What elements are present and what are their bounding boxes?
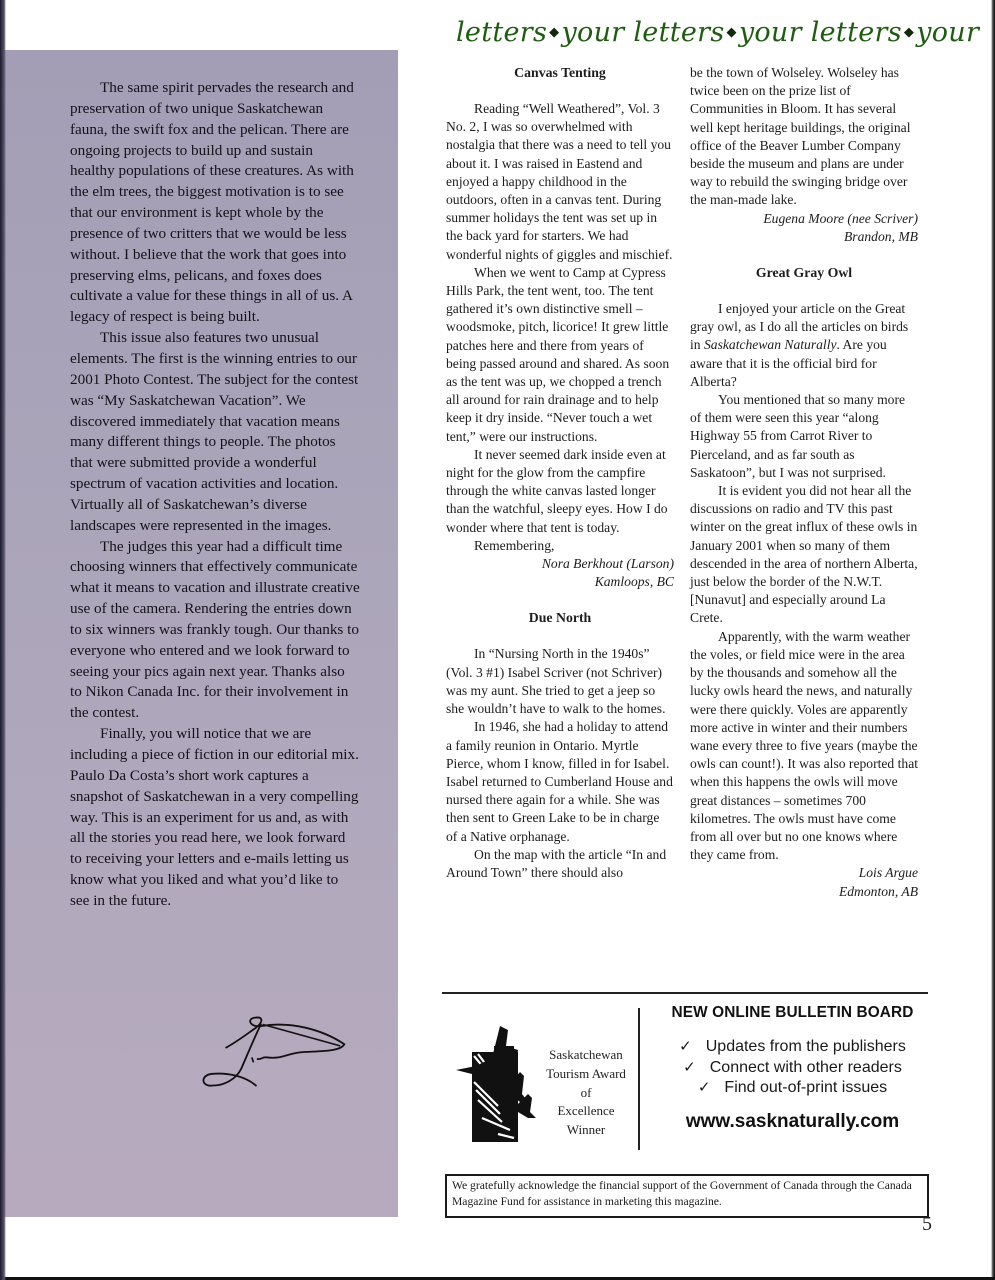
diamond-icon: ◆ <box>549 25 559 40</box>
award-line: of <box>536 1084 636 1103</box>
page-edge-shadow <box>991 0 995 1280</box>
banner-word: letters <box>456 17 547 48</box>
letter-title: Great Gray Owl <box>690 264 918 282</box>
saskatchewan-geese-logo-icon <box>454 1022 546 1147</box>
acknowledgement-box: We gratefully acknowledge the financial … <box>445 1174 929 1218</box>
letter-title: Due North <box>446 609 674 627</box>
bulletin-item: ✓Find out-of-print issues <box>650 1078 935 1099</box>
tourism-award: Saskatchewan Tourism Award of Excellence… <box>454 1022 639 1150</box>
letter-paragraph: I enjoyed your article on the Great gray… <box>690 300 918 391</box>
letter-author: Lois Argue <box>690 864 918 882</box>
bulletin-item-label: Updates from the publishers <box>706 1038 906 1055</box>
letter-author: Eugena Moore (nee Scriver) <box>690 210 918 228</box>
award-line: Winner <box>536 1121 636 1140</box>
letter-location: Edmonton, AB <box>690 883 918 901</box>
letter-great-gray-owl: Great Gray Owl I enjoyed your article on… <box>690 264 918 901</box>
letters-banner: letters◆your letters◆your letters◆your <box>456 17 976 48</box>
magazine-title: Saskatchewan Naturally <box>704 337 837 352</box>
letter-paragraph: You mentioned that so many more of them … <box>690 391 918 482</box>
diamond-icon: ◆ <box>904 25 914 40</box>
check-icon: ✓ <box>683 1058 696 1079</box>
editorial-paragraph: The same spirit pervades the research an… <box>70 78 360 328</box>
editorial-paragraph: The judges this year had a difficult tim… <box>70 537 360 725</box>
editorial-paragraph: Finally, you will notice that we are inc… <box>70 724 360 912</box>
letter-paragraph: Apparently, with the warm weather the vo… <box>690 628 918 865</box>
banner-word: your letters <box>561 17 724 48</box>
bulletin-feature-list: ✓Updates from the publishers ✓Connect wi… <box>650 1037 935 1099</box>
editorial-paragraph: This issue also features two unusual ele… <box>70 328 360 536</box>
signature-icon <box>175 995 365 1105</box>
letter-paragraph-continued: be the town of Wolseley. Wolseley has tw… <box>690 64 918 210</box>
letter-author: Nora Berkhout (Larson) <box>446 555 674 573</box>
banner-word: your letters <box>739 17 902 48</box>
letter-paragraph: In “Nursing North in the 1940s” (Vol. 3 … <box>446 645 674 718</box>
check-icon: ✓ <box>698 1078 711 1099</box>
page-binding-shadow <box>0 0 6 1280</box>
award-line: Saskatchewan <box>536 1046 636 1065</box>
letter-paragraph: On the map with the article “In and Arou… <box>446 846 674 882</box>
bulletin-item-label: Connect with other readers <box>710 1059 902 1076</box>
letter-paragraph: In 1946, she had a holiday to attend a f… <box>446 718 674 845</box>
letters-column-right: be the town of Wolseley. Wolseley has tw… <box>690 64 918 901</box>
diamond-icon: ◆ <box>727 25 737 40</box>
letter-location: Brandon, MB <box>690 228 918 246</box>
award-line: Tourism Award <box>536 1065 636 1084</box>
page-number: 5 <box>922 1213 932 1236</box>
letter-paragraph: Reading “Well Weathered”, Vol. 3 No. 2, … <box>446 100 674 264</box>
letters-column-left: Canvas Tenting Reading “Well Weathered”,… <box>446 64 674 882</box>
bulletin-board-ad: NEW ONLINE BULLETIN BOARD ✓Updates from … <box>650 1004 935 1133</box>
editorial-text: The same spirit pervades the research an… <box>70 78 360 912</box>
letter-due-north: Due North In “Nursing North in the 1940s… <box>446 609 674 882</box>
letter-paragraph: It is evident you did not hear all the d… <box>690 482 918 628</box>
letter-paragraph: It never seemed dark inside even at nigh… <box>446 446 674 537</box>
award-line: Excellence <box>536 1102 636 1121</box>
bulletin-item: ✓Connect with other readers <box>650 1058 935 1079</box>
award-text: Saskatchewan Tourism Award of Excellence… <box>536 1046 636 1140</box>
bulletin-title: NEW ONLINE BULLETIN BOARD <box>650 1004 935 1022</box>
letter-canvas-tenting: Canvas Tenting Reading “Well Weathered”,… <box>446 64 674 591</box>
banner-word: your <box>916 17 979 48</box>
letter-closing: Remembering, <box>446 537 674 555</box>
letter-paragraph: When we went to Camp at Cypress Hills Pa… <box>446 264 674 446</box>
bulletin-item-label: Find out-of-print issues <box>724 1079 887 1096</box>
bulletin-item: ✓Updates from the publishers <box>650 1037 935 1058</box>
check-icon: ✓ <box>679 1037 692 1058</box>
letter-title: Canvas Tenting <box>446 64 674 82</box>
website-link[interactable]: www.sasknaturally.com <box>650 1111 935 1133</box>
letter-location: Kamloops, BC <box>446 573 674 591</box>
section-divider <box>442 992 928 994</box>
